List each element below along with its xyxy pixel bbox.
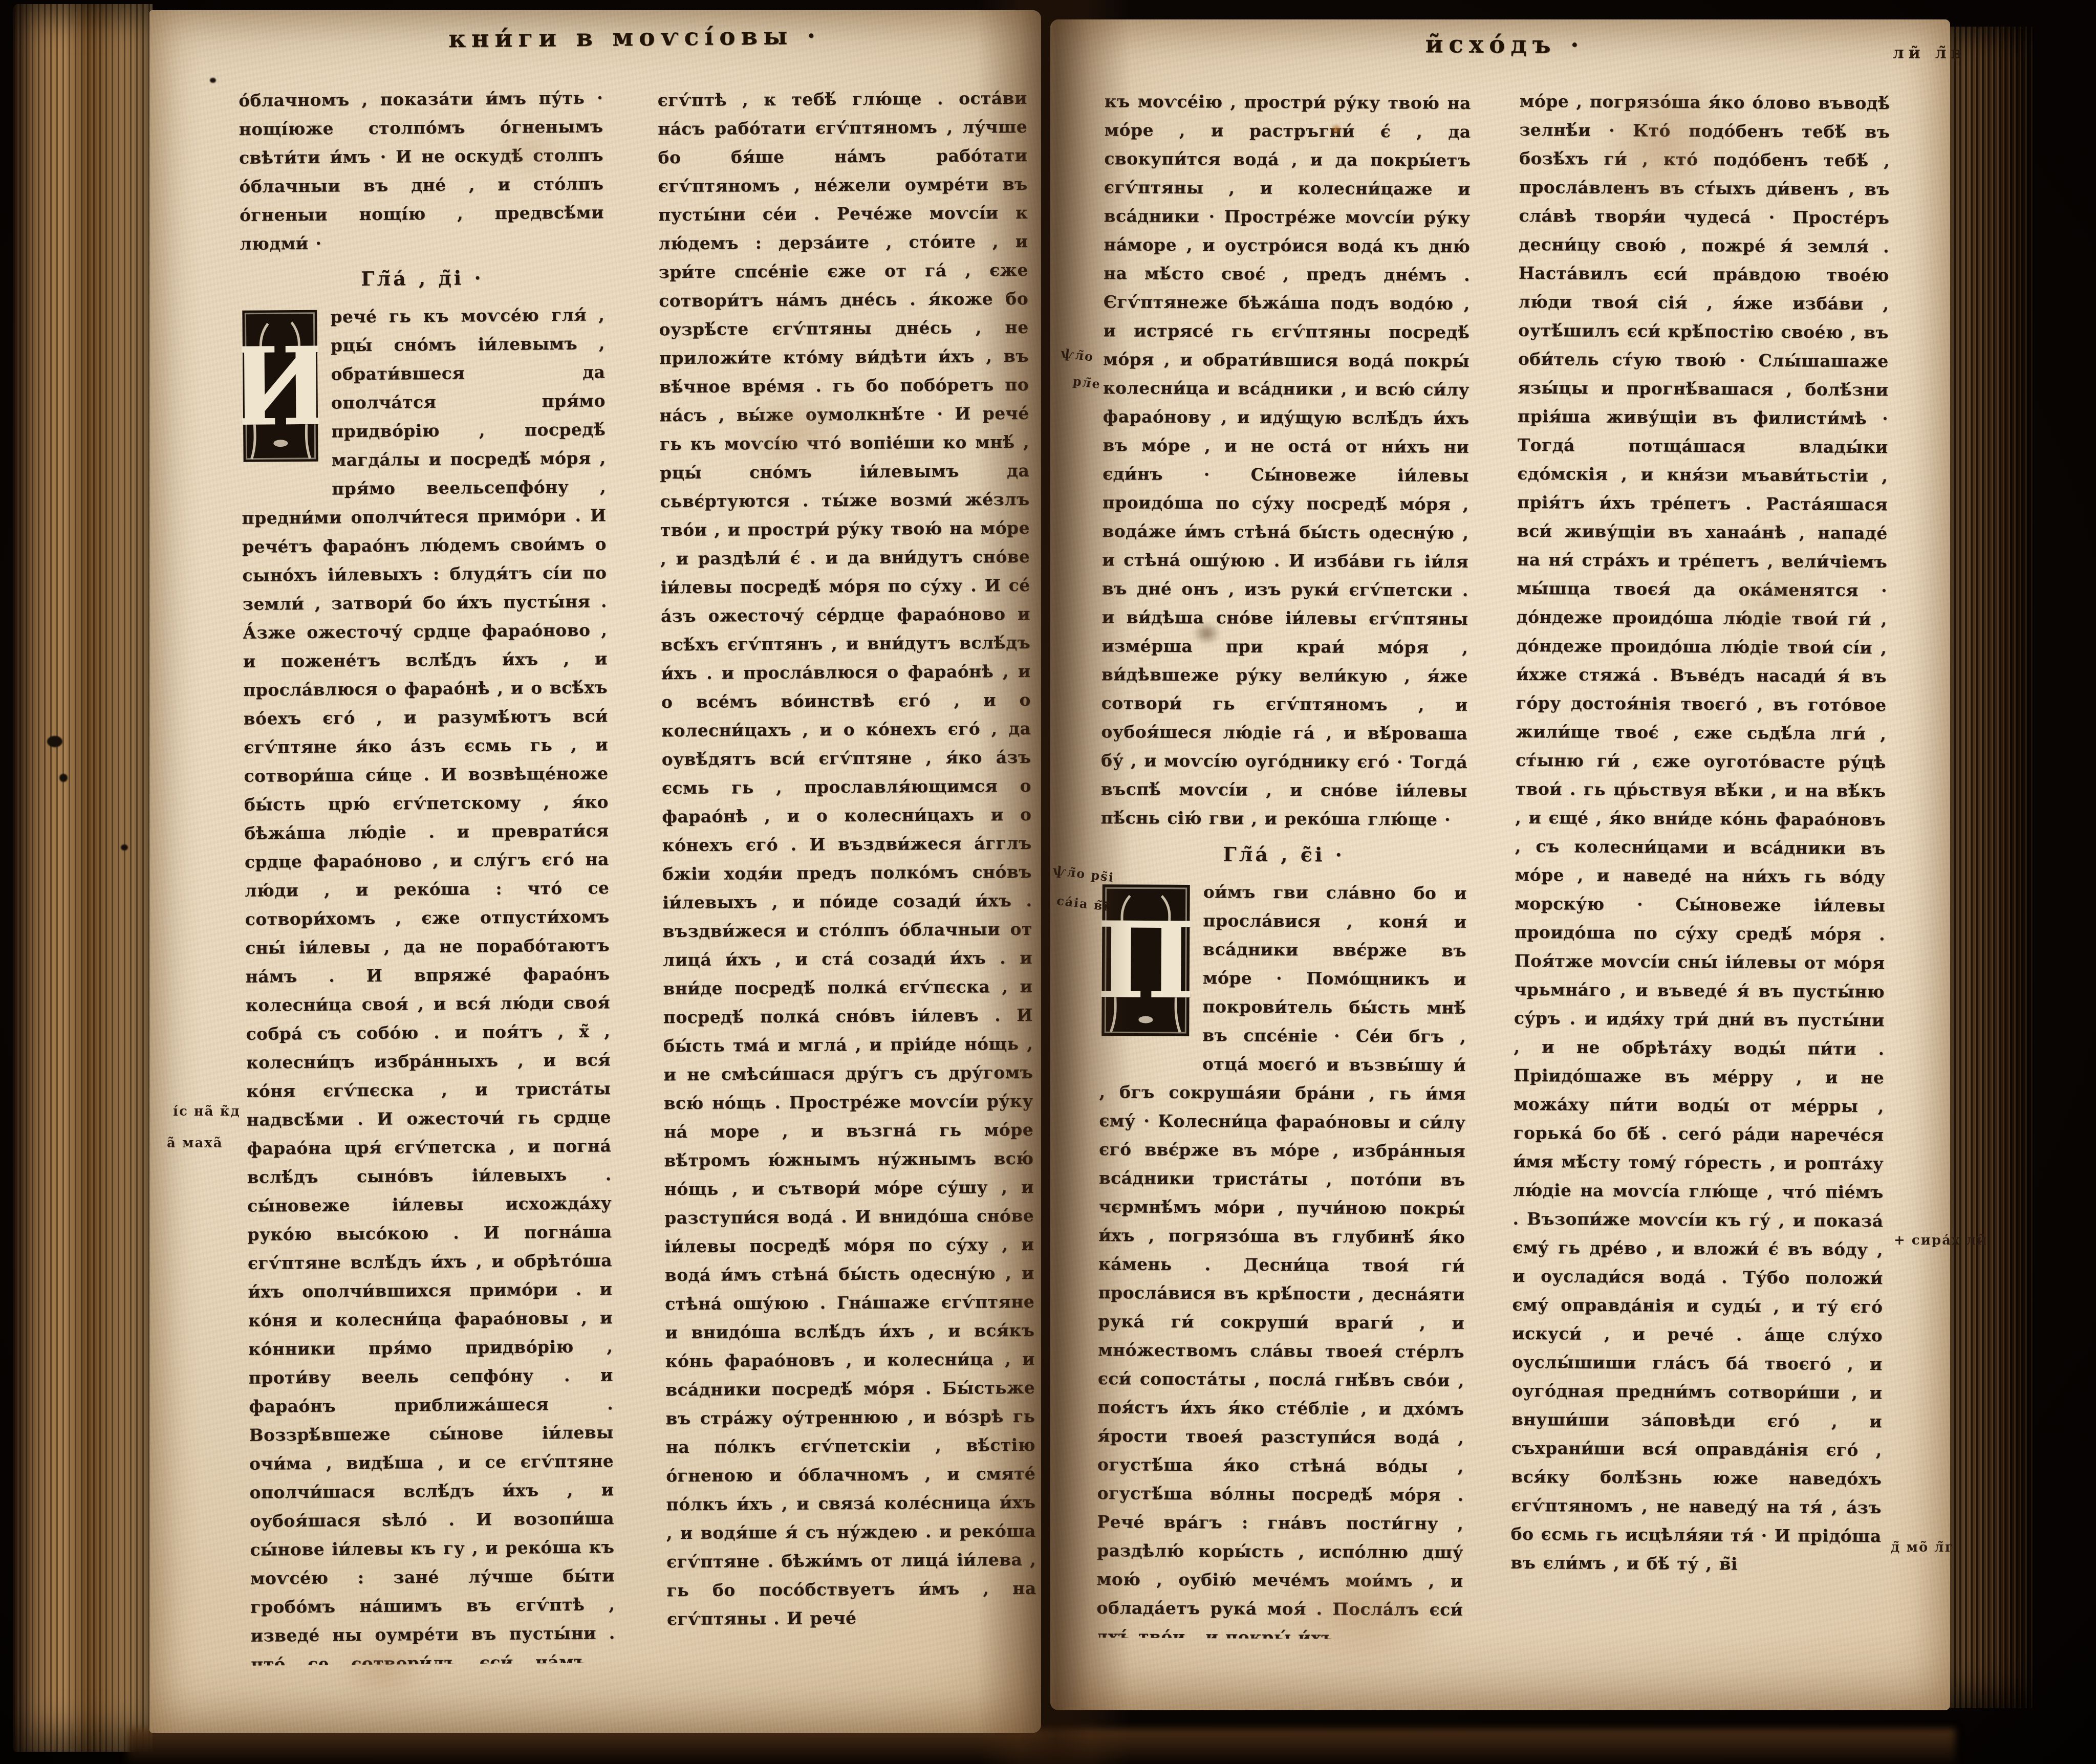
ink-speck — [210, 78, 216, 83]
chapter-heading-14: Гл̃а́ , д̃і · — [240, 263, 604, 294]
book-bottom-edge — [128, 1729, 1955, 1764]
column-text: мо́ре , погрязо́ша я́ко о́лово въводѣ́ з… — [1510, 87, 1890, 1579]
woodcut-initial-ornament-icon: И — [241, 309, 319, 463]
margin-note-reference: і́с на̃ к̃д — [173, 1098, 241, 1125]
svg-text:И: И — [241, 323, 319, 450]
margin-note-reference: д̃ мо̃ л̃г — [1891, 1534, 1954, 1561]
column-text: П ои́мъ гви сла́вно бо и просла́вися , к… — [1096, 877, 1467, 1640]
book-fore-edge-left — [13, 4, 153, 1752]
gutter-note-reference: рл̃е — [1071, 368, 1103, 398]
column-text: рече́ гь къ моѵсе́ю гля́ , рцы́ сно́мъ і… — [242, 304, 615, 1666]
ink-speck — [59, 774, 68, 782]
right-page-column-2: мо́ре , погрязо́ша я́ко о́лово въводѣ́ з… — [1510, 87, 1890, 1588]
column-text: къ моѵсе́ію , простри́ ру́ку твою́ на мо… — [1100, 87, 1471, 834]
ink-speck — [47, 736, 62, 747]
left-page-column-1: о́блачномъ , показа́ти и́мъ пу́ть · нощі… — [239, 83, 615, 1665]
drop-cap-initial: П — [1100, 883, 1191, 1046]
left-page-column-2: єгѵ́птѣ , к тебѣ́ глю́ще . оста́ви на́съ… — [658, 84, 1037, 1665]
woodcut-initial-ornament-icon: П — [1100, 883, 1191, 1037]
gutter-note-reference: ѱл̃о — [1059, 340, 1095, 371]
book-fore-edge-right — [1948, 27, 2034, 1708]
running-header-right: и̃схо́дъ · — [1213, 29, 1797, 60]
ink-speck — [121, 844, 128, 851]
right-page-column-1: къ моѵсе́ію , простри́ ру́ку твою́ на мо… — [1096, 87, 1471, 1640]
margin-note-reference: а̃ маха̃ — [167, 1130, 223, 1157]
svg-text:П: П — [1100, 899, 1191, 1022]
photo-of-open-book: кни́ги в моѵсі́овы · и̃схо́дъ · ли̃ л̃в … — [0, 0, 2096, 1764]
margin-note-reference: + сира́х ли̃ — [1894, 1227, 1987, 1254]
folio-number: ли̃ л̃в — [1893, 44, 1967, 62]
chapter-heading-15: Гл̃а́ , є̃і · — [1100, 839, 1467, 870]
column-text: И рече́ гь къ моѵсе́ю гля́ , рцы́ сно́мъ… — [240, 300, 615, 1666]
drop-cap-initial: И — [241, 309, 319, 472]
column-text: о́блачномъ , показа́ти и́мъ пу́ть · нощі… — [239, 83, 604, 258]
column-text: єгѵ́птѣ , к тебѣ́ глю́ще . оста́ви на́съ… — [658, 84, 1036, 1634]
